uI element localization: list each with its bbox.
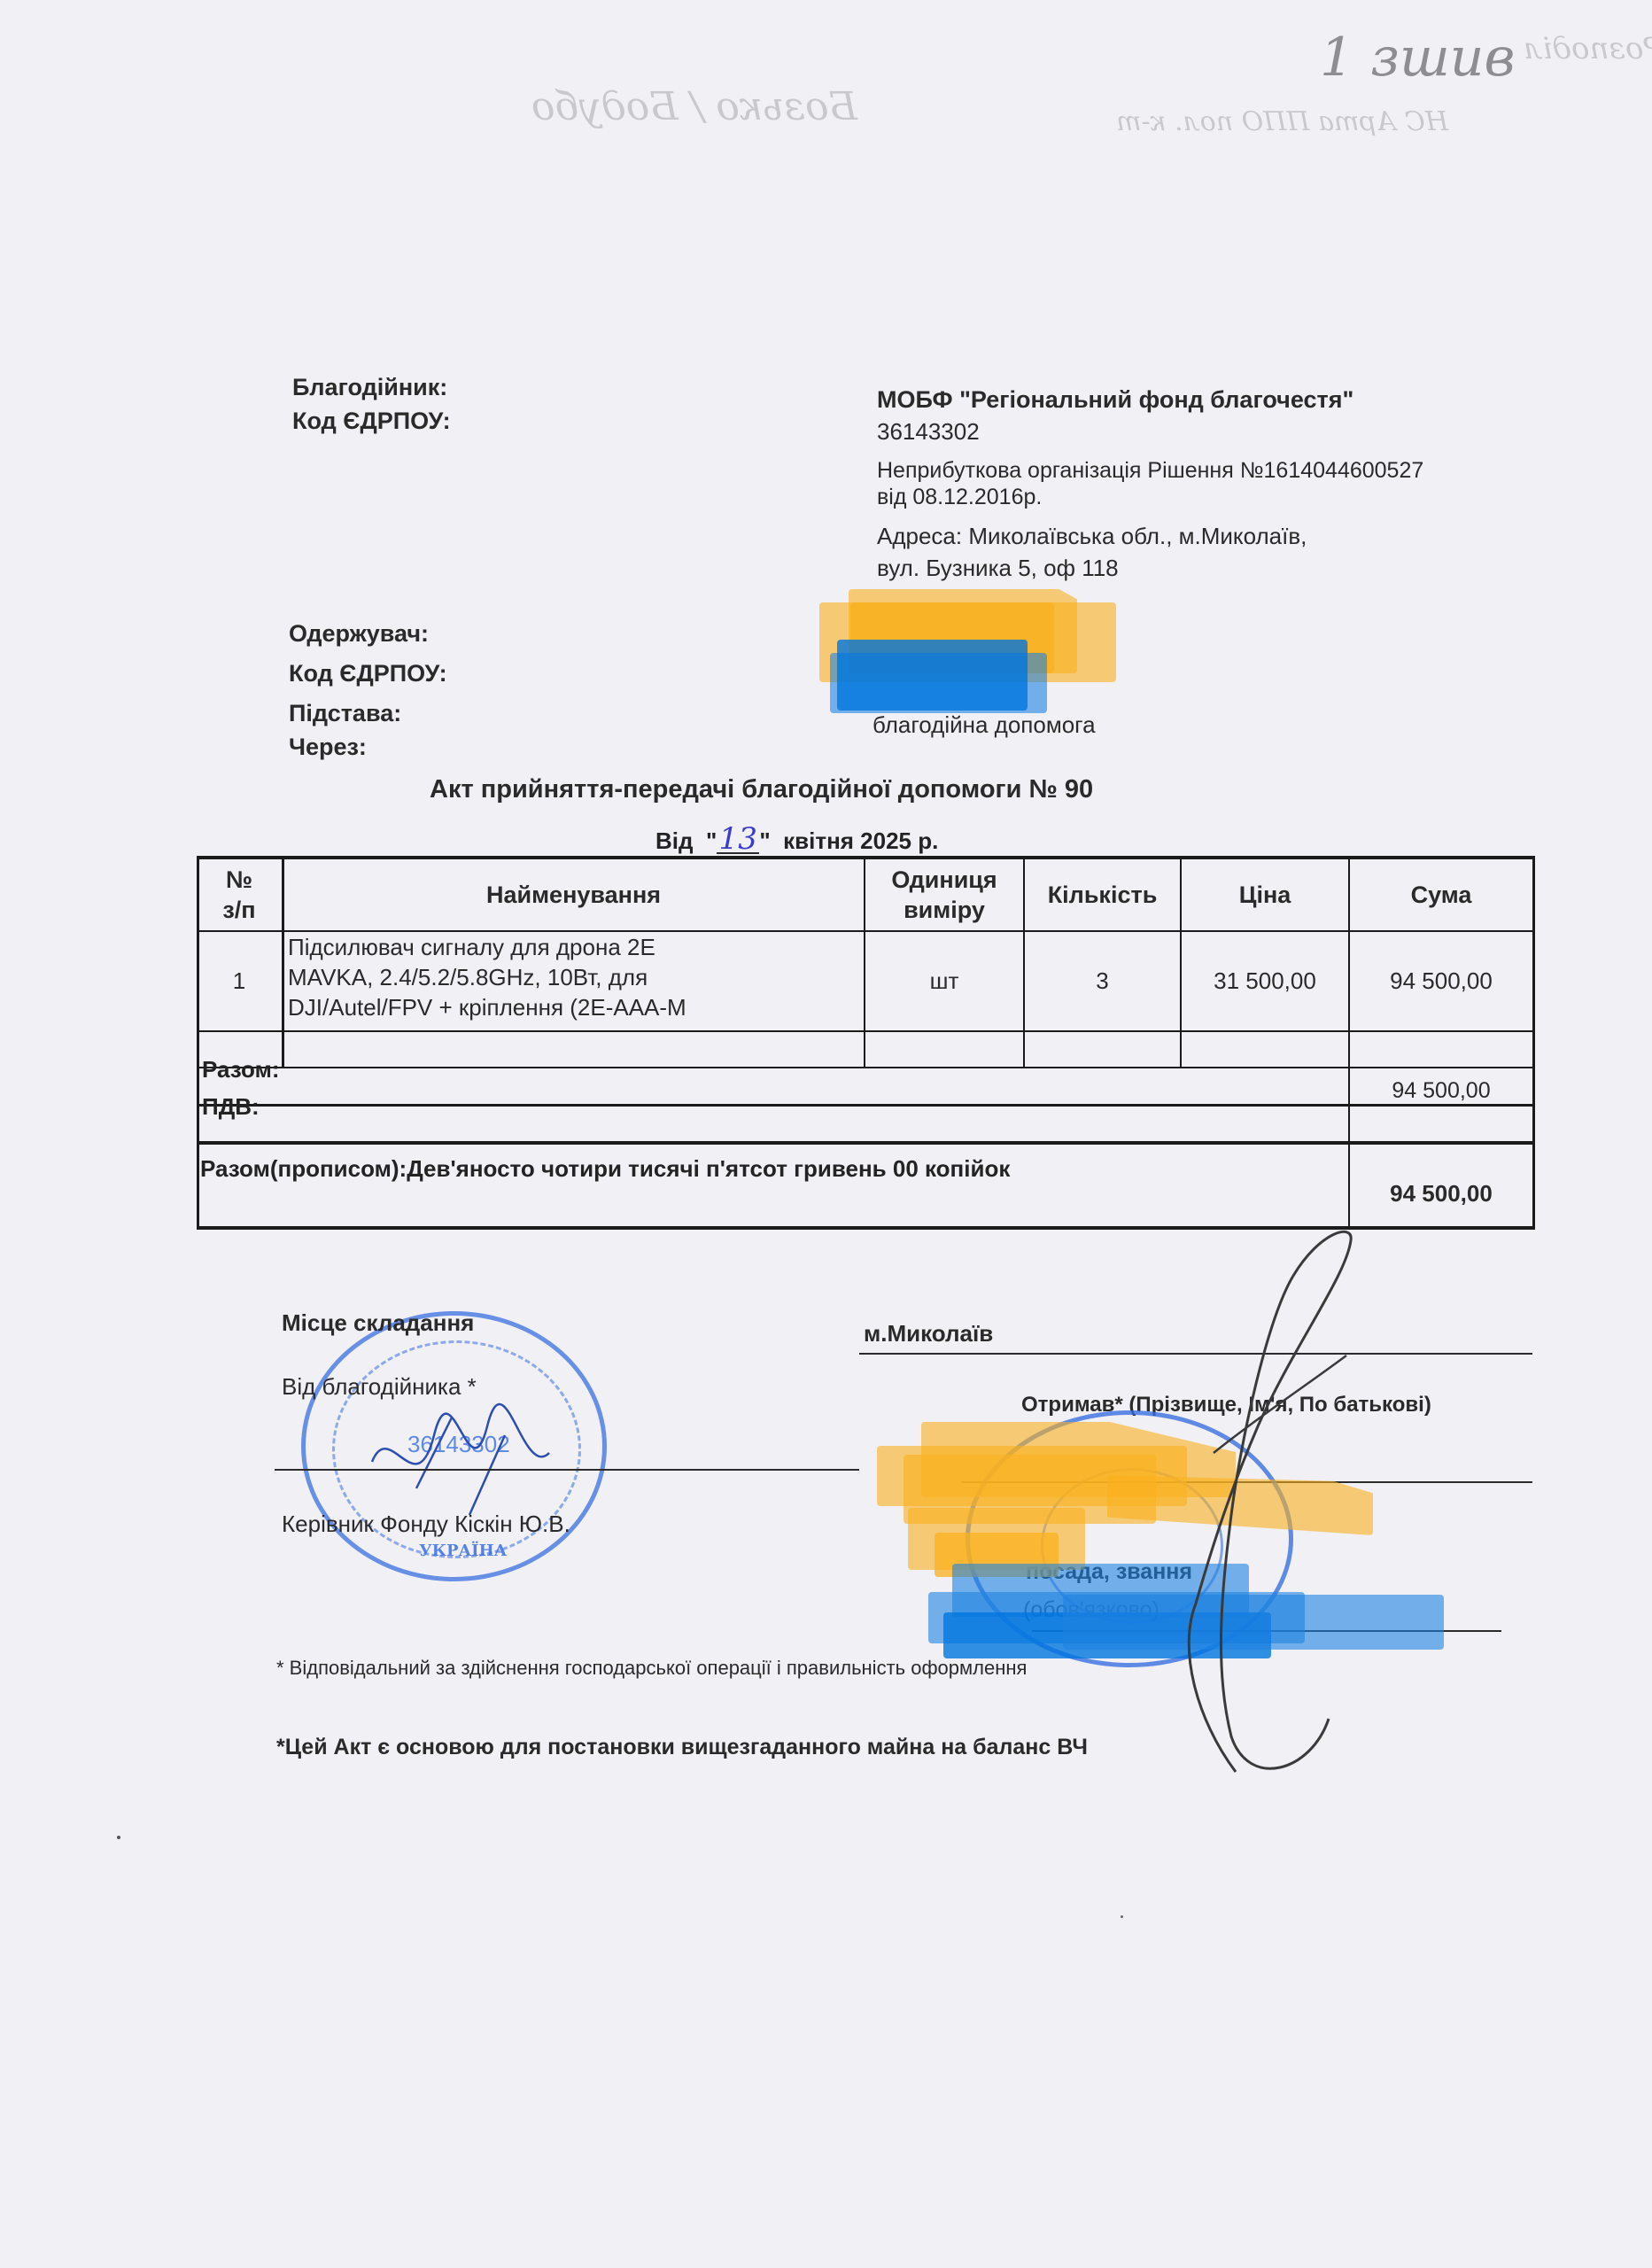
donor-status-line-1: Неприбуткова організація Рішення №161404… [877, 458, 1423, 484]
grand-total-value: 94 500,00 [1350, 1145, 1532, 1226]
row-1-qty: 3 [1025, 932, 1180, 1030]
from-donor-label: Від благодійника * [282, 1373, 477, 1401]
header-name: Найменування [283, 858, 864, 932]
place-label: Місце складання [282, 1309, 474, 1337]
donor-status-line-2: від 08.12.2016р. [877, 485, 1042, 510]
header-num: №з/п [197, 858, 282, 932]
row-1-name: Підсилювач сигналу для дрона 2E MAVKA, 2… [284, 932, 864, 1030]
bleedthrough-note-2: НС Арта ППО пол. к-т [1116, 106, 1448, 137]
vat-label: ПДВ: [202, 1093, 260, 1121]
recipient-code-label: Код ЄДРПОУ: [289, 660, 447, 687]
row-1-sum: 94 500,00 [1350, 932, 1532, 1030]
header-price: Ціна [1182, 858, 1348, 932]
row-1-num: 1 [197, 932, 282, 1030]
head-of-fund: Керівник Фонду Кіскін Ю.В. [282, 1511, 570, 1538]
via-label: Через: [289, 734, 367, 761]
total-value: 94 500,00 [1350, 1077, 1532, 1104]
recipient-signature [1178, 1223, 1408, 1781]
redaction-recipient-code [837, 640, 1028, 711]
row-1-price: 31 500,00 [1182, 932, 1348, 1030]
donor-stamp-country: УКРАЇНА [419, 1542, 507, 1560]
date-suffix: квітня 2025 р. [783, 827, 938, 854]
scan-speck [1121, 1915, 1123, 1918]
donor-name: МОБФ "Регіональний фонд благочестя" [877, 386, 1353, 414]
footnote-responsible: * Відповідальний за здійснення господарс… [276, 1657, 1027, 1680]
donor-address-line-1: Адреса: Миколаївська обл., м.Миколаїв, [877, 523, 1307, 550]
date-day: 13 [717, 826, 759, 854]
header-qty: Кількість [1025, 858, 1180, 932]
date-prefix: Від [655, 827, 694, 854]
donor-code: 36143302 [877, 418, 980, 446]
bleedthrough-signature: Бозько / Бодубо [531, 84, 857, 129]
donor-address-line-2: вул. Бузника 5, оф 118 [877, 555, 1119, 582]
handwritten-note-top: 1 зшив [1320, 27, 1515, 89]
amount-in-words: Разом(прописом):Дев'яносто чотири тисячі… [200, 1155, 1010, 1183]
document-title: Акт прийняття-передачі благодійної допом… [430, 775, 1093, 804]
scan-speck [117, 1836, 120, 1839]
recipient-label: Одержувач: [289, 620, 429, 648]
donor-signature [363, 1400, 558, 1524]
basis-value: благодійна допомога [873, 711, 1096, 739]
header-sum: Сума [1350, 858, 1532, 932]
document-date: Від "13" квітня 2025 р. [655, 826, 938, 855]
donor-signature-line [275, 1469, 859, 1471]
row-1-unit: шт [865, 932, 1023, 1030]
bleedthrough-note-1: Розподіл [1524, 31, 1652, 66]
total-label: Разом: [202, 1056, 279, 1084]
basis-label: Підстава: [289, 700, 401, 727]
donor-label: Благодійник: [292, 374, 447, 401]
donor-code-label: Код ЄДРПОУ: [292, 408, 451, 435]
place-value: м.Миколаїв [864, 1320, 993, 1348]
footnote-act-basis: *Цей Акт є основою для постановки вищезг… [276, 1735, 1088, 1760]
header-unit: Одиницявиміру [865, 858, 1023, 932]
